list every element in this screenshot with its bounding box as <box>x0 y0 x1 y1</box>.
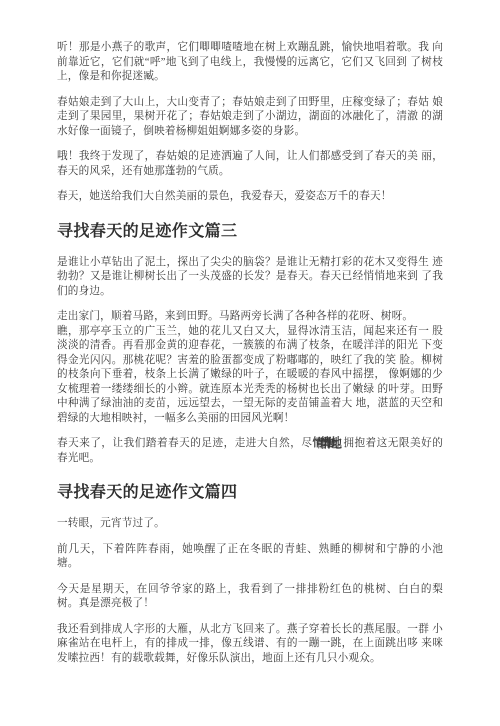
paragraph-9: 前几天，下着阵阵春雨，她唤醒了正在冬眠的青蛙、熟睡的柳树和宁静的小池 塘。 <box>57 543 443 572</box>
paragraph-10: 今天是星期天，在回爷爷家的路上，我看到了一排排粉红色的桃树、白白的梨 树。真是漂… <box>57 583 443 612</box>
paragraph-8: 一转眼，元宵节过了。 <box>57 517 443 532</box>
overprint-smudge-artifact: 情地情地情地 <box>312 437 334 452</box>
paragraph-5: 是谁让小草钻出了泥土，探出了尖尖的脑袋？是谁让无精打彩的花木又变得生 迹勃勃？又… <box>57 256 443 300</box>
essay-heading-part-4: 寻找春天的足迹作文篇四 <box>57 481 443 505</box>
overprint-layer: 情地 <box>316 438 338 453</box>
essay-heading-part-3: 寻找春天的足迹作文篇三 <box>57 220 443 244</box>
paragraph-3: 哦！我终于发现了，春姑娘的足迹洒遍了人间，让人们都感受到了春天的美 丽，春天的风… <box>57 150 443 179</box>
paragraph-7: 春天来了，让我们踏着春天的足迹，走进大自然，尽情地情地情地拥抱着这无限美好的 春… <box>57 437 443 466</box>
document-page: 听！那是小燕子的歌声，它们唧唧喳喳地在树上欢蹦乱跳，愉快地唱着歌。我 向前靠近它… <box>0 0 500 726</box>
paragraph-4: 春天，她送给我们大自然美丽的景色，我爱春天，爱姿态万千的春天！ <box>57 190 443 205</box>
paragraph-6: 走出家门，顺着马路，来到田野。马路两旁长满了各种各样的花呀、树呀。 瞧，那亭亭玉… <box>57 310 443 426</box>
paragraph-1: 听！那是小燕子的歌声，它们唧唧喳喳地在树上欢蹦乱跳，愉快地唱着歌。我 向前靠近它… <box>57 41 443 85</box>
paragraph-2: 春姑娘走到了大山上，大山变青了；春姑娘走到了田野里，庄稼变绿了；春姑 娘走到了果… <box>57 96 443 140</box>
paragraph-11: 我还看到排成人字形的大雁，从北方飞回来了。燕子穿着长长的燕尾服。一群 小麻雀站在… <box>57 623 443 667</box>
paragraph-7-text-before: 春天来了，让我们踏着春天的足迹，走进大自然，尽 <box>57 438 312 449</box>
